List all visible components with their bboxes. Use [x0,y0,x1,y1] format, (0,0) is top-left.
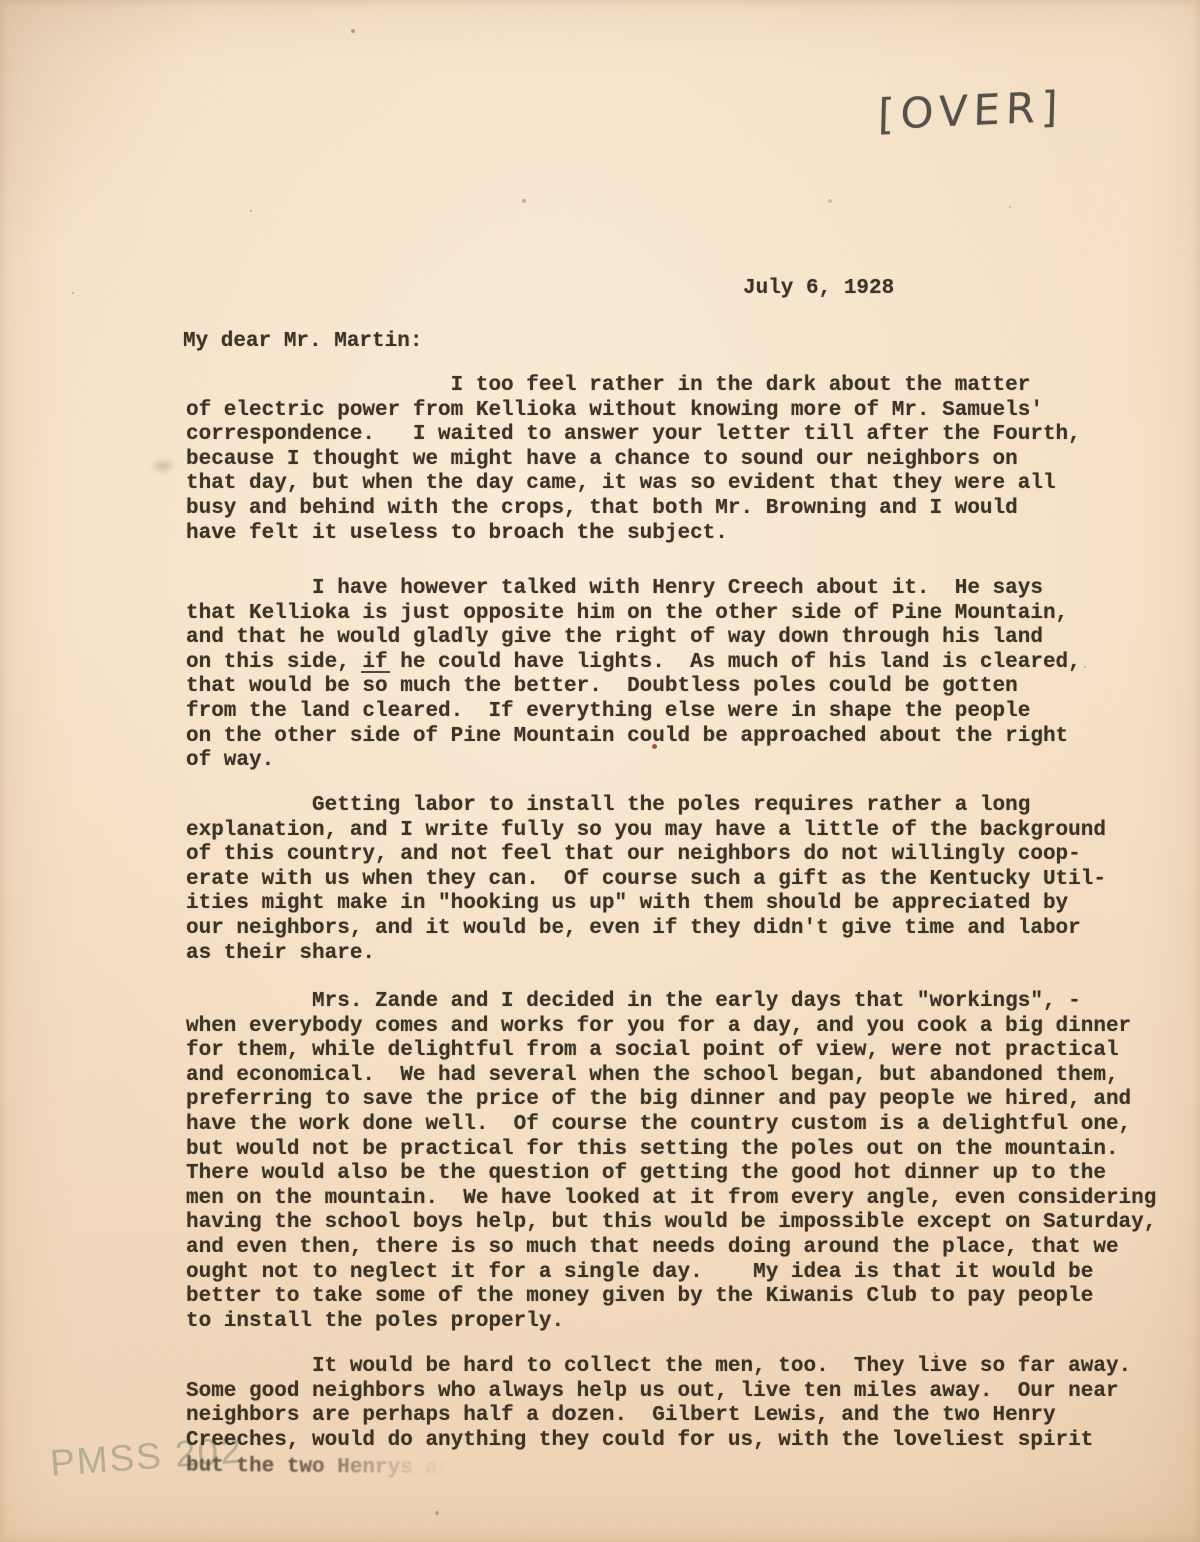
underline-mark-if [361,671,390,673]
letter-page: PMSS 202 [OVER] July 6, 1928 My dear Mr.… [0,0,1200,1542]
letter-date: July 6, 1928 [743,277,894,302]
handwritten-over-note: [OVER] [877,82,1064,139]
faded-cutoff-line: but the two Henrys are [186,1455,463,1482]
paragraph-1: I too feel rather in the dark about the … [186,374,1081,546]
red-ink-speck [652,744,657,749]
ink-smudge [146,456,180,476]
paragraph-4: Mrs. Zande and I decided in the early da… [186,990,1156,1334]
paper-specks [0,0,2,2]
paragraph-2: I have however talked with Henry Creech … [186,577,1081,774]
letter-salutation: My dear Mr. Martin: [183,330,422,355]
paragraph-5: It would be hard to collect the men, too… [186,1355,1131,1453]
paragraph-3: Getting labor to install the poles requi… [186,794,1106,966]
